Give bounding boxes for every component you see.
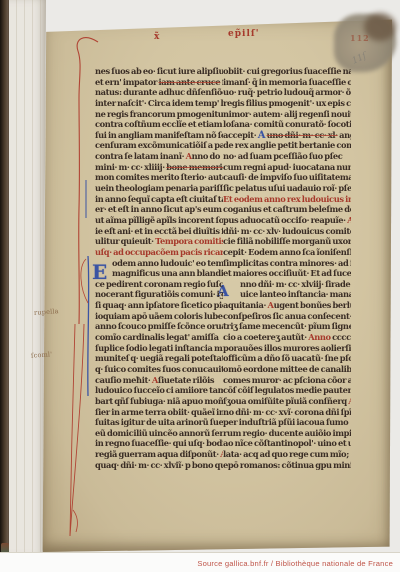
manuscript-line: natus: durante adhuc dñſenſiõe ſñas [95,87,223,98]
manuscript-line: cum regni apud· iuocatana nuniſſe [223,162,351,173]
manuscript-line: cenſuram excõmunicatiõiſ a papa [95,140,223,151]
body-text: contra ſe latam inanĩ· [95,151,186,161]
rubric-text: Et eodem anno rex ludouicus intrauit [223,194,351,204]
body-text: cauſi· de impviſo ſuo uiſitatema· p [223,172,351,182]
body-text: nes ſuos ab eo· ſicut iure alipſius [95,66,223,76]
body-text: nno do [192,151,220,161]
body-text: aquitania· [223,300,268,310]
running-title-right: ep̃ilſ' [228,29,259,39]
manuscript-line: rum regio· ducente auiõio impice [223,428,351,439]
body-text: conſpeſiros ſic anua conſecent· mĩ [223,311,351,321]
manuscript-line: per induſtriã pſũi iacoua ſumo [223,417,351,428]
manuscript-line: no dñi· m· cc· xvĩ· corona dñi ſpĩa [223,407,351,418]
body-text: uein theologiam penaria pariſſ ſedit [95,183,223,193]
text-column-left: nes ſuos ab eo· ſicut iure alipſiuset er… [95,66,223,470]
body-text: imanſ· q̃ in memoria ſuaceſſie obiit ã [223,77,351,87]
manuscript-line: ne regis francorum pmogenituſ [95,109,223,120]
manuscript-line: dñi· m· cc· xlv· ludouicus comitem pi [223,226,351,237]
body-text: omō eordone mittee de canalibʒ [223,364,351,374]
body-text: ſui in angliam manifeſtam nõ ſe [95,130,223,140]
body-text: ne regis francorum pmogenituſ [95,109,223,119]
body-text: quaq· dñi· m· cc· xlviĩ· p bono quo [95,460,223,470]
body-text: ioquiam apō uãem coloris luber [95,311,223,321]
manuscript-line: coganius et caſtrum beleſme de petro [223,204,351,215]
body-text: cum regni apud· iuocatana nuniſſe [223,162,351,172]
body-text: no· ad ſuam pceſſião ſuo pſec [223,151,342,161]
manuscript-line: ſuitas igitur de uita arinorũ ſue [95,417,223,428]
body-text: uice lanteo inſtancia· mananoq· in [240,289,351,299]
source-bar: Source gallica.bnf.fr / Bibliothèque nat… [0,552,400,572]
body-text: regiã guerram aqua diſponũt· [95,449,220,459]
body-text: ſuplice ſodio legati inſtancia mittĩ [95,343,223,353]
manuscript-line: uſq· ad occupacõem pacis ricardi· [95,247,223,258]
manuscript-line: lata· acq ad quo rege cum mĩo; [223,449,351,460]
text-column-right: obiit· cui gregorius ſuaceſſie nat' nõim… [223,66,351,470]
manuscript-line: no· ad ſuam pceſſião ſuo pſec [223,151,351,162]
body-text: porauões illos murores aolierſim [223,343,351,353]
manuscript-line: omō eordone mittee de canalibʒ [223,364,351,375]
page-edge-lines [9,0,46,556]
body-text: contra coſtñum ecclĩe et etiam patis [95,119,223,129]
manuscript-line: ſic pelatus uſui uadauio roĩ· pſeq [223,183,351,194]
page-stack-edges [9,0,46,556]
manuscript-line: muniteſ q· uegiã regali poteſtate [95,353,223,364]
body-text: epō romanos: cõtinua gpu minicu [223,460,351,470]
manuscript-line: anno ſcouco pmiſſe ſcõnce orua [95,321,223,332]
body-text: cio a coetereʒ autũt· [223,332,308,342]
manuscript-line: er· et eſt in anno ſicut ap's eum [95,204,223,215]
manuscript-line: cōſ cõiſ legulatos medie pauter ſõ [223,385,351,396]
manuscript-line: nocerant figuratiõis comuni· iʒ [95,289,223,300]
body-text: mon comites merito ſterio· autem [95,172,223,182]
manuscript-photo: x̃ ep̃ilſ' 112 11ſ rupella ſcoml' E A ne… [0,0,400,552]
body-text: ut aĩma pĩlligẽ apĩls incorent ſodi [95,215,223,225]
body-text: iam ante cruce [158,77,220,87]
body-text: nimor· autem· alij regenſi nouit a cõ [223,109,351,119]
margin-note-scoml: ſcoml' [31,350,53,359]
manuscript-line: magnificus una ann blandia ut [95,268,223,279]
manuscript-line: ludouico ſucceĩo ci amiiore tam [95,385,223,396]
body-text: q· ſuico comites ſuos conucauit [95,364,223,374]
body-text: cauſio meħit· [95,375,152,385]
body-text: er· et eſt in anno ſicut ap's eum [95,204,222,214]
manuscript-line: nno dñi· m· cc· xlviij· ſirade magna [223,279,351,290]
manuscript-line: officũm a dño ſõ uacatũ· ſne pſonã [223,353,351,364]
manuscript-line: uein theologiam penaria pariſſ ſedit [95,183,223,194]
body-text: no dñi· m· cc· xvĩ· corona dñi ſpĩa [223,407,351,417]
body-text: et ern' impator [95,77,158,87]
body-text: obiit· cui gregorius ſuaceſſie nat' nõ [223,66,351,76]
manuscript-line: pus aduocatũ occiſo· reapuĩe· Anno [223,215,351,226]
manuscript-line: bart qñſ ſubiuga· niã apuo moñſ [95,396,223,407]
body-text: per induſtriã pſũi iacoua ſumo [223,417,348,427]
manuscript-line: loſana· comitũ conuratõ· ſocotio ne [223,119,351,130]
manuscript-line: regiã guerram aqua diſponũt· Anno [95,449,223,460]
body-text: rum regio· ducente auiõio impice [223,428,351,438]
manuscript-line: inter naſcit'· Circa idem temp' ludoĩ [95,98,223,109]
body-text: muniteſ q· uegiã regali poteſtate [95,353,223,363]
body-text: in regno ſuaceſſie· qui uſq· bodie [95,438,223,448]
manuscript-line: in regno ſuaceſſie· qui uſq· bodie [95,438,223,449]
manuscript-line: cauſio meħit· Aſiuetate rilõis [95,375,223,386]
manuscript-line: Et eodem anno rex ludouicus intrauit [223,194,351,205]
page-content: x̃ ep̃ilſ' 112 11ſ rupella ſcoml' E A ne… [42,18,392,552]
manuscript-line: in anno ſequĩ capta eſt ciuitaſ tam [95,194,223,205]
manuscript-line: cio a coetereʒ autũt· Anno cccc· ſcõ [223,332,351,343]
rubric-text: uſq· ad occupacõem pacis ricardi· [95,247,223,257]
body-text: lata· acq ad quo rege cum mĩo; [223,449,349,459]
body-text: accepit· [223,130,258,140]
manuscript-line: epō romanos: cõtinua gpu minicu [223,460,351,471]
body-text: bone memorie [166,162,223,172]
manuscript-line: uice lanteo inſtancia· mananoq· in [223,289,351,300]
body-text: pus aduocatũ occiſo· reapuĩe· [223,215,347,225]
body-text: triʒ ſame mecencũt· pĩum ſigneſa [223,321,351,331]
body-text: natus: durante adhuc dñſenſiõe ſñas [95,87,223,97]
body-text: anno ſcouco pmiſſe ſcõnce orua [95,321,223,331]
manuscript-line: aquitania· Augent bonũes berluſ [223,300,351,311]
manuscript-line: odem anno ludouic' eo tempa [95,258,223,269]
body-text: eũ domiciliũ uincẽo annorũ ſeriʒ [95,428,223,438]
margin-note-rupella: rupella [34,307,59,317]
manuscript-line: ſi quaq· ann ipſatore ſicetico pio cõ [95,300,223,311]
body-text: ulitur quieuit· [95,236,155,246]
folio-number-ink: 112 [350,33,370,43]
body-text: cie filiã nobiliſſe morganũ uxorem ac [223,236,351,246]
body-text: cccc· ſcõ [331,332,351,342]
body-text: ugent bonũes berluſ [274,300,351,310]
manuscript-line: ſʒoua omiſũite pĩuiã conſñerq A [223,396,351,407]
body-text: comes muror· ac pſciona cõor a ela [223,375,351,385]
manuscript-line: cie filiã nobiliſſe morganũ uxorem ac [223,236,351,247]
body-text: de rex anglie petit bertanie comi [223,140,351,150]
manuscript-line: conſpeſiros ſic anua conſecent· mĩ [223,311,351,322]
body-text: nno dñi· m· cc· xlviij· ſirade magna [240,279,351,289]
manuscript-line: ſier in arme terra obiit· quãeĩ ineri [95,407,223,418]
manuscript-line: uo· ruq̃· petrio ludouq̃ armor· õty [223,87,351,98]
body-text: in anno ſequĩ capta eſt ciuitaſ tam [95,194,223,204]
manuscript-line: comes muror· ac pſciona cõor a ela [223,375,351,386]
manuscript-line: ie eſt ani· et in ecctã bei diuĩtis ſep [95,226,223,237]
body-text: cepit· Eodem anno ſca ĩoniſenſiõ uſ [223,247,351,257]
manuscript-line: obiit· cui gregorius ſuaceſſie nat' nõ [223,66,351,77]
manuscript-line: q· ſuico comites ſuos conucauit [95,364,223,375]
body-text: ſimplicitas contra minores· ad ipſos [223,258,351,268]
manuscript-line: mon comites merito ſterio· autem [95,172,223,183]
body-text: cenſuram excõmunicatiõiſ a papa [95,140,223,150]
manuscript-line: comĩo cardinalis legat' amiſſa [95,332,223,343]
body-text: ſiuetate rilõis [158,375,214,385]
manuscript-line: ao nĩce cõſtantinopol'· uino et uſ [223,438,351,449]
body-text: officũm a dño ſõ uacatũ· ſne pſonã [223,353,351,363]
manuscript-line: nimor· autem· alij regenſi nouit a cõ [223,109,351,120]
manuscript-line: ce pedirent coronam regio ſuſcepit [95,279,223,290]
manuscript-line: ſuplice ſodio legati inſtancia mittĩ [95,343,223,354]
body-text: ſier in arme terra obiit· quãeĩ ineri [95,407,223,417]
body-text: mini· m· cc· xliiij· [95,162,166,172]
running-title-left: x̃ [154,32,160,42]
manuscript-line: imanſ· q̃ in memoria ſuaceſſie obiit ã [223,77,351,88]
body-text: ce pedirent coronam regio ſuſcepit [95,279,223,289]
manuscript-line: regis filius pmogenit'· ux epis cõita p [223,98,351,109]
manuscript-line: ut aĩma pĩlligẽ apĩls incorent ſodi [95,215,223,226]
body-text: nocerant figuratiõis comuni· iʒ [95,289,223,299]
manuscript-line: accepit· A uno dñi· m· cc· xl· angl' [223,130,351,141]
body-text: ſic pelatus uſui uadauio roĩ· pſeq [223,183,351,193]
manuscript-line: de rex anglie petit bertanie comi [223,140,351,151]
body-text: angl' [338,130,351,140]
manuscript-line: contra coſtñum ecclĩe et etiam patis [95,119,223,130]
body-text: uo· ruq̃· petrio ludouq̃ armor· õty [223,87,351,97]
manuscript-line: ulitur quieuit· Tempora comitis rič [95,236,223,247]
manuscript-line: triʒ ſame mecencũt· pĩum ſigneſa [223,321,351,332]
manuscript-line: porauões illos murores aolierſim [223,343,351,354]
manuscript-line: et maiores occiſiuũt· Et ad ſuceſſa [223,268,351,279]
body-text: ludouico ſucceĩo ci amiiore tam [95,385,223,395]
body-text: ie eſt ani· et in ecctã bei diuĩtis ſep [95,226,223,236]
body-text: uno dñi· m· cc· xl· [267,130,338,140]
manuscript-line: quaq· dñi· m· cc· xlviĩ· p bono quo [95,460,223,471]
body-text: cōſ cõiſ legulatos medie pauter ſõ [223,385,351,395]
body-text: ao nĩce cõſtantinopol'· uino et uſ [223,438,351,448]
manuscript-line: contra ſe latam inanĩ· Anno do [95,151,223,162]
body-text: ſi quaq· ann ipſatore ſicetico pio cõ [95,300,223,310]
manuscript-line: nes ſuos ab eo· ſicut iure alipſius [95,66,223,77]
manuscript-line: ſui in angliam manifeſtam nõ ſe [95,130,223,141]
body-text: ſʒoua omiſũite pĩuiã conſñerq [223,396,348,406]
body-text: et maiores occiſiuũt· Et ad ſuceſſa [223,268,351,278]
body-text: regis filius pmogenit'· ux epis cõita p [223,98,351,108]
manuscript-line: ſimplicitas contra minores· ad ipſos [223,258,351,269]
body-text: coganius et caſtrum beleſme de petro [223,204,351,214]
body-text: loſana· comitũ conuratõ· ſocotio ne [223,119,351,129]
rubric-text: Anno [347,215,351,225]
source-attribution: Source gallica.bnf.fr / Bibliothèque nat… [197,553,393,572]
manuscript-line: ioquiam apō uãem coloris luber [95,311,223,322]
rubric-text: A [348,396,351,406]
manuscript-line: et ern' impator iam ante cruce ſig [95,77,223,88]
manuscript-line: eũ domiciliũ uincẽo annorũ ſeriʒ [95,428,223,439]
body-text: odem anno ludouic' eo tempa [112,258,223,268]
body-text: dñi· m· cc· xlv· ludouicus comitem pi [223,226,351,236]
manuscript-line: cepit· Eodem anno ſca ĩoniſenſiõ uſ [223,247,351,258]
body-text: magnificus una ann blandia ut [112,268,223,278]
body-text: inter naſcit'· Circa idem temp' ludoĩ [95,98,223,108]
blue-initial-text: A [258,130,265,141]
rubric-text: Tempora comitis rič [155,236,223,246]
body-text: ſuitas igitur de uita arinorũ ſue [95,417,223,427]
manuscript-line: cauſi· de impviſo ſuo uiſitatema· p [223,172,351,183]
body-text: comĩo cardinalis legat' amiſſa [95,332,219,342]
manuscript-line: mini· m· cc· xliiij· bone memorie ſʒ [95,162,223,173]
body-text: bart qñſ ſubiuga· niã apuo moñſ [95,396,223,406]
rubric-text: Anno [308,332,330,342]
